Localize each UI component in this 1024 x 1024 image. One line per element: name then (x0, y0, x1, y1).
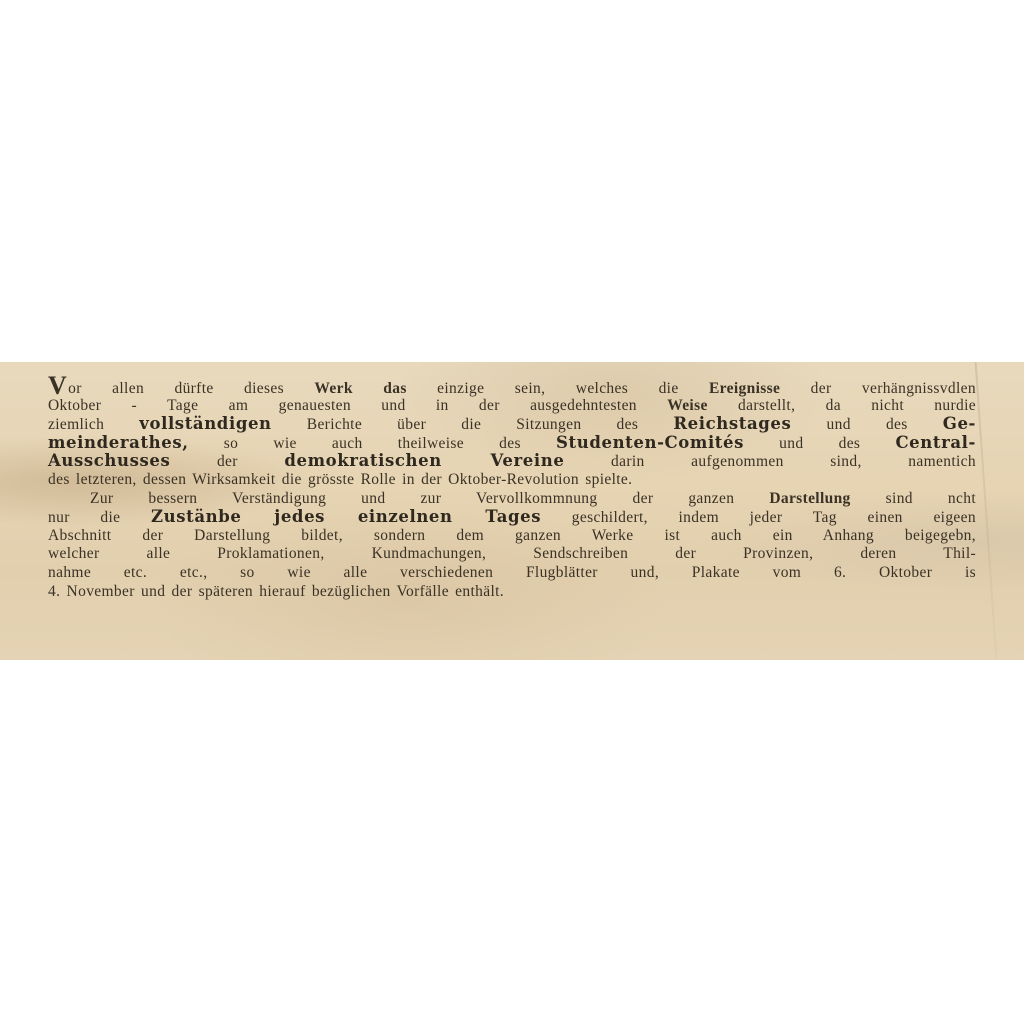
text-line: nahme etc. etc., so wie alle verschieden… (48, 564, 976, 583)
body-text: einzige sein, welches die (407, 380, 709, 397)
body-text: Weise (667, 397, 708, 414)
text-line: welcher alle Proklamationen, Kundmachung… (48, 545, 976, 564)
text-line: Oktober - Tage am genauesten und in der … (48, 397, 976, 416)
clipping-text-block: Vor allen dürfte dieses Werk das einzige… (48, 378, 976, 601)
emphasized-text: Central- (895, 433, 976, 452)
body-text: welcher alle Proklamationen, Kundmachung… (48, 545, 976, 562)
text-line: Vor allen dürfte dieses Werk das einzige… (48, 378, 976, 397)
text-line: des letzteren, dessen Wirksamkeit die gr… (48, 471, 976, 490)
emphasized-text: Ausschusses (48, 451, 170, 470)
body-text: Ereignisse (709, 380, 780, 397)
body-text: Oktober - Tage am genauesten und in der … (48, 397, 667, 414)
body-text: Darstellung (769, 490, 850, 507)
body-text: der verhängnissvdlen (780, 380, 976, 397)
body-text: darin aufgenommen sind, namentich (564, 453, 976, 470)
paper-fold-crease (975, 362, 998, 660)
body-text: nur die (48, 509, 151, 526)
body-text: sind ncht (851, 490, 976, 507)
emphasized-text: meinderathes, (48, 433, 189, 452)
emphasized-text: demokratischen Vereine (284, 451, 564, 470)
body-text: Werk das (314, 380, 406, 397)
text-line: Zur bessern Verständigung und zur Vervol… (48, 490, 976, 509)
paragraph-1: Vor allen dürfte dieses Werk das einzige… (48, 378, 976, 490)
page: Vor allen dürfte dieses Werk das einzige… (0, 0, 1024, 1024)
body-text: or allen dürfte dieses (68, 380, 314, 397)
text-line: Abschnitt der Darstellung bildet, sonder… (48, 527, 976, 546)
body-text: und des (791, 416, 942, 433)
body-text: geschildert, indem jeder Tag einen eigee… (541, 509, 976, 526)
body-text: und des (744, 435, 895, 452)
text-line: Ausschusses der demokratischen Vereine d… (48, 452, 976, 471)
emphasized-text: vollständigen (139, 414, 271, 433)
text-line: meinderathes, so wie auch theilweise des… (48, 434, 976, 453)
body-text: Zur bessern Verständigung und zur Vervol… (90, 490, 769, 507)
body-text: Berichte über die Sitzungen des (272, 416, 674, 433)
emphasized-text: Zustänbe jedes einzelnen Tages (151, 507, 541, 526)
emphasized-text: Ge- (943, 414, 976, 433)
body-text: der (170, 453, 284, 470)
body-text: darstellt, da nicht nurdie (708, 397, 976, 414)
emphasized-text: Reichstages (673, 414, 791, 433)
body-text: so wie auch theilweise des (189, 435, 556, 452)
text-line: 4. November und der späteren hierauf bez… (48, 583, 976, 602)
emphasized-text: Studenten-Comités (556, 433, 744, 452)
text-line: ziemlich vollständigen Berichte über die… (48, 415, 976, 434)
body-text: nahme etc. etc., so wie alle verschieden… (48, 564, 976, 581)
body-text: 4. November und der späteren hierauf bez… (48, 583, 504, 600)
body-text: ziemlich (48, 416, 139, 433)
text-line: nur die Zustänbe jedes einzelnen Tages g… (48, 508, 976, 527)
body-text: des letzteren, dessen Wirksamkeit die gr… (48, 471, 632, 488)
paragraph-2: Zur bessern Verständigung und zur Vervol… (48, 490, 976, 602)
body-text: Abschnitt der Darstellung bildet, sonder… (48, 527, 976, 544)
